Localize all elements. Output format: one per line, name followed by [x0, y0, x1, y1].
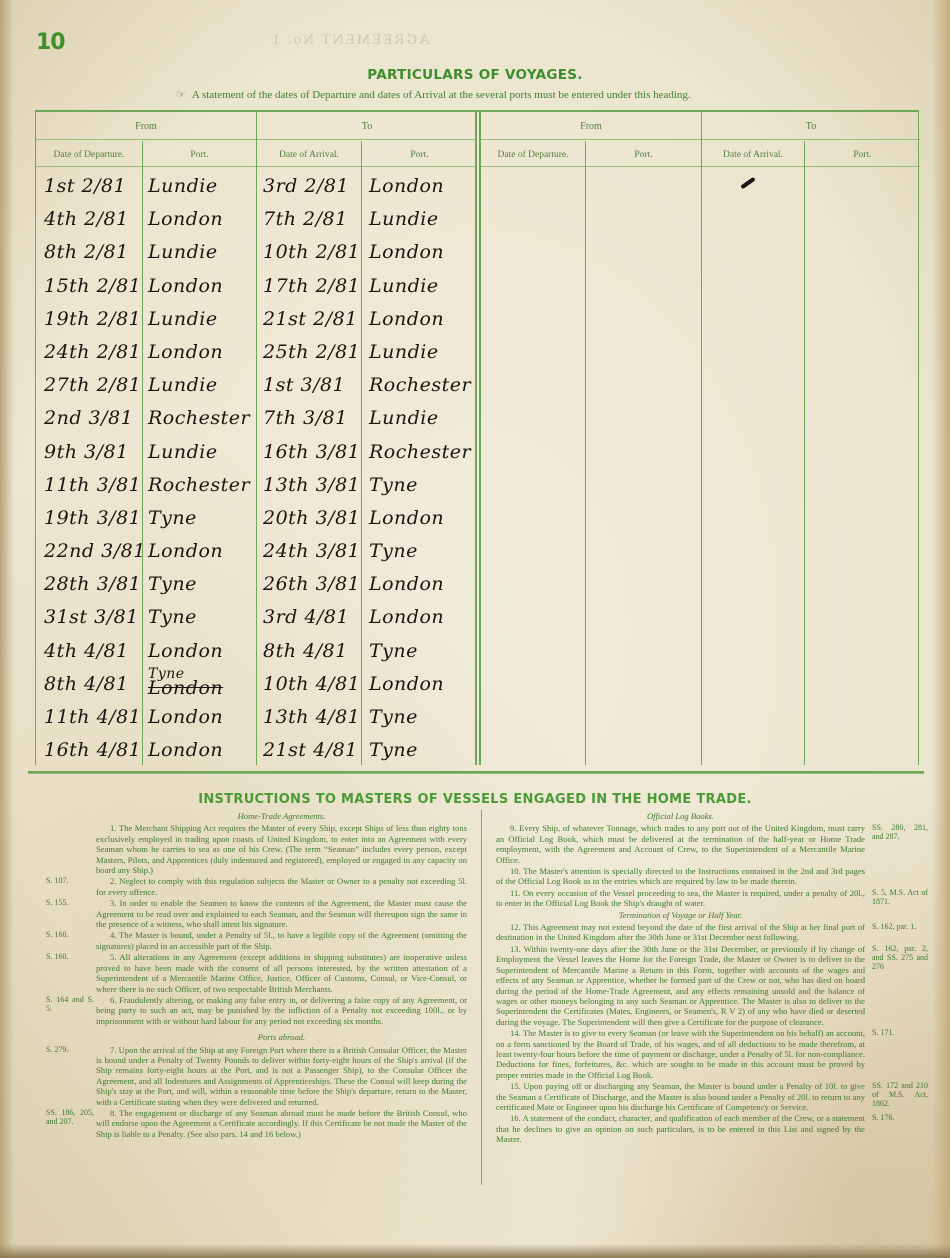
- table-row: 1st 2/81 Lundie 3rd 2/81 London: [36, 168, 477, 201]
- instruction-paragraph: S. 162, par. 2, and SS. 275 and 27613. W…: [496, 944, 865, 1027]
- paragraph-text: 4. The Master is bound, under a Penalty …: [96, 930, 467, 950]
- group-header-from: From: [36, 112, 256, 140]
- arrival-port: London: [369, 234, 444, 267]
- departure-port: London: [148, 699, 223, 732]
- departure-port-struck: London: [148, 670, 223, 703]
- column-divider: [701, 112, 702, 765]
- arrival-port: London: [369, 301, 444, 334]
- departure-port: Tyne: [148, 566, 197, 599]
- instruction-paragraph: S. 155.3. In order to enable the Seamen …: [96, 898, 467, 929]
- arrival-port: London: [369, 599, 444, 632]
- arrival-date: 21st 4/81: [263, 732, 358, 765]
- voyage-rows: 1st 2/81 Lundie 3rd 2/81 London 4th 2/81…: [36, 168, 477, 765]
- instruction-paragraph: S. 164 and S. 5.6. Fraudulently altering…: [96, 995, 467, 1026]
- statute-reference: S. 171.: [872, 1028, 928, 1037]
- arrival-date: 21st 2/81: [263, 301, 358, 334]
- paragraph-text: 13. Within twenty-one days after the 30t…: [496, 944, 865, 1027]
- departure-date: 22nd 3/81: [44, 533, 146, 566]
- voyages-table: From To Date of Departure. Port. Date of…: [35, 110, 919, 763]
- table-row: 24th 2/81 London 25th 2/81 Lundie: [36, 334, 477, 367]
- group-header-from: From: [481, 112, 701, 140]
- page-number: 10: [36, 30, 65, 55]
- paragraph-text: 16. A statement of the conduct, characte…: [496, 1113, 865, 1144]
- instruction-paragraph: 10. The Master's attention is specially …: [496, 866, 865, 887]
- departure-date: 19th 3/81: [44, 500, 141, 533]
- arrival-date: 3rd 4/81: [263, 599, 349, 632]
- table-row: 31st 3/81 Tyne 3rd 4/81 London: [36, 599, 477, 632]
- paragraph-text: 8. The engagement or discharge of any Se…: [96, 1108, 467, 1139]
- document-page: 10 AGREEMENT No. 1 PARTICULARS OF VOYAGE…: [0, 0, 950, 1258]
- col-header-port: Port.: [585, 141, 701, 167]
- pointing-hand-icon: ☞: [176, 89, 186, 101]
- departure-port: Lundie: [148, 434, 218, 467]
- table-row: 9th 3/81 Lundie 16th 3/81 Rochester: [36, 434, 477, 467]
- arrival-date: 25th 2/81: [263, 334, 360, 367]
- departure-date: 2nd 3/81: [44, 400, 133, 433]
- instruction-paragraph: S. 162, par. 1.12. This Agreement may no…: [496, 922, 865, 943]
- instructions-left-column: Home-Trade Agreements. 1. The Merchant S…: [96, 810, 467, 1140]
- arrival-port: Rochester: [369, 367, 471, 400]
- arrival-date: 26th 3/81: [263, 566, 360, 599]
- table-row: 22nd 3/81 London 24th 3/81 Tyne: [36, 533, 477, 566]
- group-header-to: To: [701, 112, 920, 140]
- departure-date: 9th 3/81: [44, 434, 129, 467]
- col-header-port: Port.: [142, 141, 256, 167]
- table-row: 16th 4/81 London 21st 4/81 Tyne: [36, 732, 477, 765]
- instructions-right-column: Official Log Books. SS. 280, 281, and 28…: [496, 810, 865, 1146]
- statute-reference: S. 176.: [872, 1113, 928, 1122]
- arrival-port: London: [369, 168, 444, 201]
- table-row: 19th 3/81 Tyne 20th 3/81 London: [36, 500, 477, 533]
- departure-date: 28th 3/81: [44, 566, 141, 599]
- arrival-date: 13th 3/81: [263, 467, 360, 500]
- departure-port: Rochester: [148, 400, 250, 433]
- arrival-port: London: [369, 666, 444, 699]
- statute-reference: SS. 186, 205, and 207.: [46, 1108, 94, 1126]
- paper-edge-right: [932, 0, 950, 1258]
- arrival-port: Tyne: [369, 699, 418, 732]
- departure-port: London: [148, 533, 223, 566]
- group-header-row: From To: [481, 112, 918, 140]
- departure-date: 27th 2/81: [44, 367, 141, 400]
- departure-date: 11th 3/81: [44, 467, 141, 500]
- departure-port: London: [148, 334, 223, 367]
- arrival-date: 3rd 2/81: [263, 168, 349, 201]
- arrival-port: London: [369, 500, 444, 533]
- departure-port: Lundie: [148, 168, 218, 201]
- page-subtitle: ☞A statement of the dates of Departure a…: [176, 88, 691, 101]
- paper-edge-bottom: [0, 1244, 950, 1258]
- col-header-port: Port.: [361, 141, 477, 167]
- statute-reference: S. 162, par. 1.: [872, 922, 928, 931]
- arrival-date: 10th 2/81: [263, 234, 360, 267]
- instruction-paragraph: 1. The Merchant Shipping Act requires th…: [96, 823, 467, 875]
- instruction-paragraph: S. 160.4. The Master is bound, under a P…: [96, 930, 467, 951]
- paragraph-text: 3. In order to enable the Seamen to know…: [96, 898, 467, 929]
- paper-edge-left: [0, 0, 14, 1258]
- arrival-port: Tyne: [369, 633, 418, 666]
- arrival-port: Lundie: [369, 334, 439, 367]
- instruction-paragraph: S. 107.2. Neglect to comply with this re…: [96, 876, 467, 897]
- statute-reference: SS. 172 and 210 of M.S. Act, 1862.: [872, 1081, 928, 1108]
- table-row: 4th 4/81 London 8th 4/81 Tyne: [36, 633, 477, 666]
- arrival-port: Lundie: [369, 400, 439, 433]
- departure-port: Lundie: [148, 301, 218, 334]
- col-header-date-of-arrival: Date of Arrival.: [256, 141, 361, 167]
- table-row: 4th 2/81 London 7th 2/81 Lundie: [36, 201, 477, 234]
- statute-reference: S. 164 and S. 5.: [46, 995, 94, 1013]
- section-heading-termination: Termination of Voyage or Half Year.: [496, 910, 865, 920]
- departure-date: 11th 4/81: [44, 699, 141, 732]
- departure-port: Tyne: [148, 500, 197, 533]
- col-header-date-of-departure: Date of Departure.: [481, 141, 585, 167]
- departure-port: London: [148, 201, 223, 234]
- instruction-paragraph: SS. 280, 281, and 287.9. Every Ship, of …: [496, 823, 865, 865]
- arrival-date: 7th 3/81: [263, 400, 348, 433]
- arrival-port: Tyne: [369, 533, 418, 566]
- statute-reference: S. 5, M.S. Act of 1871.: [872, 888, 928, 906]
- instructions-title: INSTRUCTIONS TO MASTERS OF VESSELS ENGAG…: [0, 792, 950, 807]
- statute-reference: S. 279.: [46, 1045, 94, 1054]
- departure-date: 4th 2/81: [44, 201, 129, 234]
- statute-reference: S. 155.: [46, 898, 94, 907]
- arrival-date: 1st 3/81: [263, 367, 345, 400]
- column-divider: [804, 141, 805, 765]
- statute-reference: S. 160.: [46, 952, 94, 961]
- arrival-date: 17th 2/81: [263, 268, 360, 301]
- instruction-paragraph: S. 279.7. Upon the arrival of the Ship a…: [96, 1045, 467, 1107]
- table-row: 28th 3/81 Tyne 26th 3/81 London: [36, 566, 477, 599]
- arrival-date: 10th 4/81: [263, 666, 360, 699]
- departure-date: 31st 3/81: [44, 599, 139, 632]
- arrival-date: 16th 3/81: [263, 434, 360, 467]
- departure-port: Lundie: [148, 234, 218, 267]
- arrival-date: 24th 3/81: [263, 533, 360, 566]
- departure-date: 8th 4/81: [44, 666, 129, 699]
- paragraph-text: 14. The Master is to give to every Seama…: [496, 1028, 865, 1080]
- arrival-port: Tyne: [369, 467, 418, 500]
- arrival-date: 13th 4/81: [263, 699, 360, 732]
- statute-reference: S. 160.: [46, 930, 94, 939]
- arrival-date: 8th 4/81: [263, 633, 348, 666]
- instruction-paragraph: S. 176.16. A statement of the conduct, c…: [496, 1113, 865, 1144]
- departure-date: 19th 2/81: [44, 301, 141, 334]
- paragraph-text: 6. Fraudulently altering, or making any …: [96, 995, 467, 1026]
- table-row: 19th 2/81 Lundie 21st 2/81 London: [36, 301, 477, 334]
- statute-reference: S. 162, par. 2, and SS. 275 and 276: [872, 944, 928, 971]
- paragraph-text: 7. Upon the arrival of the Ship at any F…: [96, 1045, 467, 1107]
- col-header-date-of-departure: Date of Departure.: [36, 141, 142, 167]
- instruction-paragraph: SS. 186, 205, and 207.8. The engagement …: [96, 1108, 467, 1139]
- departure-date: 1st 2/81: [44, 168, 126, 201]
- paragraph-text: 9. Every Ship, of whatever Tonnage, whic…: [496, 823, 865, 864]
- table-bottom-rule: [28, 771, 924, 774]
- departure-date: 15th 2/81: [44, 268, 141, 301]
- departure-port: Lundie: [148, 367, 218, 400]
- arrival-port: London: [369, 566, 444, 599]
- arrival-date: 20th 3/81: [263, 500, 360, 533]
- subtitle-text: A statement of the dates of Departure an…: [192, 89, 691, 101]
- arrival-date: 7th 2/81: [263, 201, 348, 234]
- col-header-port: Port.: [804, 141, 920, 167]
- arrival-port: Lundie: [369, 201, 439, 234]
- col-header-date-of-arrival: Date of Arrival.: [701, 141, 804, 167]
- departure-date: 8th 2/81: [44, 234, 129, 267]
- section-heading-ports-abroad: Ports abroad.: [96, 1032, 467, 1042]
- arrival-port: Lundie: [369, 268, 439, 301]
- paragraph-text: 12. This Agreement may not extend beyond…: [496, 922, 865, 942]
- paragraph-text: 5. All alterations in any Agreement (exc…: [96, 952, 467, 993]
- paragraph-text: 2. Neglect to comply with this regulatio…: [96, 876, 467, 896]
- table-left-half: From To Date of Departure. Port. Date of…: [35, 112, 476, 765]
- table-row: 8th 4/81 Tyne London 10th 4/81 London: [36, 666, 477, 699]
- departure-date: 16th 4/81: [44, 732, 141, 765]
- page-title: PARTICULARS OF VOYAGES.: [0, 67, 950, 83]
- paragraph-text: 15. Upon paying off or discharging any S…: [496, 1081, 865, 1112]
- table-row: 8th 2/81 Lundie 10th 2/81 London: [36, 234, 477, 267]
- table-row: 11th 3/81 Rochester 13th 3/81 Tyne: [36, 467, 477, 500]
- instruction-paragraph: S. 5, M.S. Act of 1871.11. On every occa…: [496, 888, 865, 909]
- instruction-paragraph: S. 160.5. All alterations in any Agreeme…: [96, 952, 467, 994]
- group-header-to: To: [256, 112, 477, 140]
- ink-blot: [740, 177, 755, 189]
- departure-port: Rochester: [148, 467, 250, 500]
- instruction-paragraph: SS. 172 and 210 of M.S. Act, 1862.15. Up…: [496, 1081, 865, 1112]
- section-heading-home-trade-agreements: Home-Trade Agreements.: [96, 811, 467, 821]
- paragraph-text: 11. On every occasion of the Vessel proc…: [496, 888, 865, 908]
- departure-port: London: [148, 268, 223, 301]
- table-row: 15th 2/81 London 17th 2/81 Lundie: [36, 268, 477, 301]
- departure-port: Tyne: [148, 599, 197, 632]
- statute-reference: S. 107.: [46, 876, 94, 885]
- bleed-through-header: AGREEMENT No. 1: [190, 32, 430, 49]
- statute-reference: SS. 280, 281, and 287.: [872, 823, 928, 841]
- arrival-port: Tyne: [369, 732, 418, 765]
- column-header-row: Date of Departure. Port. Date of Arrival…: [481, 141, 918, 167]
- column-divider: [585, 141, 586, 765]
- instruction-paragraph: S. 171.14. The Master is to give to ever…: [496, 1028, 865, 1080]
- instructions-column-divider: [481, 810, 482, 1185]
- table-row: 11th 4/81 London 13th 4/81 Tyne: [36, 699, 477, 732]
- departure-date: 24th 2/81: [44, 334, 141, 367]
- departure-date: 4th 4/81: [44, 633, 129, 666]
- table-row: 27th 2/81 Lundie 1st 3/81 Rochester: [36, 367, 477, 400]
- departure-port: London: [148, 732, 223, 765]
- section-heading-official-log-books: Official Log Books.: [496, 811, 865, 821]
- table-row: 2nd 3/81 Rochester 7th 3/81 Lundie: [36, 400, 477, 433]
- table-right-half: From To Date of Departure. Port. Date of…: [480, 112, 919, 765]
- arrival-port: Rochester: [369, 434, 471, 467]
